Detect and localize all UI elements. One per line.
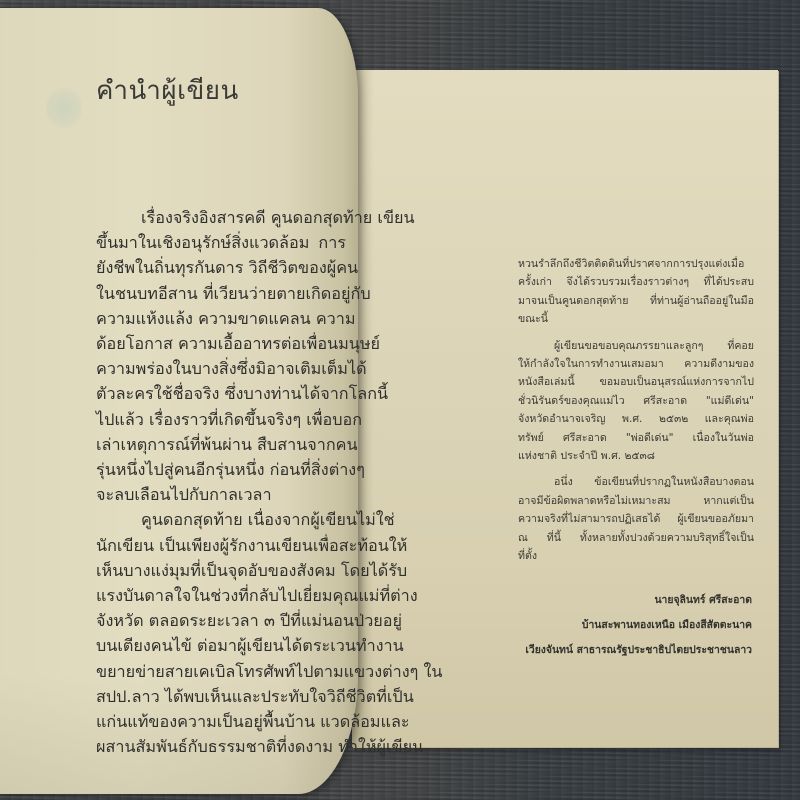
paragraph-1: เรื่องจริงอิงสารคดี คูนดอกสุดท้าย เขียน … <box>96 205 346 507</box>
text-line: รุ่นหนึ่งไปสู่คนอีกรุ่นหนึ่ง ก่อนที่สิ่ง… <box>96 457 346 482</box>
text-line: ความจริงที่ไม่สามารถปฏิเสธได้ ผู้เขียนขอ… <box>518 510 754 528</box>
text-line: ขึ้นมาในเชิงอนุรักษ์สิ่งแวดล้อม การ <box>96 230 346 255</box>
text-line: ความแห้งแล้ง ความขาดแคลน ความ <box>96 306 346 331</box>
page-stain <box>46 88 82 128</box>
text-line: ขยายข่ายสายเคเบิลโทรศัพท์ไปตามแขวงต่างๆ … <box>96 659 346 684</box>
text-line: ณ ที่นี้ ทั้งหลายทั้งปวงด้วยความบริสุทธิ… <box>518 529 754 547</box>
text-line: นักเขียน เป็นเพียงผู้รักงานเขียนเพื่อสะท… <box>96 533 346 558</box>
text-line: ความพร่องในบางสิ่งซึ่งมิอาจเติมเต็มได้ <box>96 356 346 381</box>
text-line: ยังชีพในถิ่นทุรกันดาร วิถีชีวิตของผู้คน <box>96 255 346 280</box>
author-address-line-1: บ้านสะพานทองเหนือ เมืองสีสัตตะนาค <box>525 613 752 638</box>
text-line: จังหวัด ตลอดระยะเวลา ๓ ปีที่แม่นอนป่วยอย… <box>96 608 346 633</box>
text-line: ขณะนี้ <box>518 310 754 328</box>
author-address-line-2: เวียงจันทน์ สาธารณรัฐประชาธิปไตยประชาชนล… <box>525 638 752 663</box>
text-line: คูนดอกสุดท้าย เนื่องจากผู้เขียนไม่ใช่ <box>96 507 346 532</box>
text-line: ทรัพย์ ศรีสะอาด "พ่อดีเด่น" เนื่องในวันพ… <box>518 429 754 447</box>
text-line: ชั่วนิรันดร์ของคุณแม่ไว ศรีสะอาด "แม่ดีเ… <box>518 392 754 410</box>
text-line: อนึ่ง ข้อเขียนที่ปรากฏในหนังสือบางตอน <box>518 473 754 491</box>
text-line: มาจนเป็นคูนดอกสุดท้าย ที่ท่านผู้อ่านถืออ… <box>518 292 754 310</box>
paragraph-2: ผู้เขียนขอขอบคุณภรรยาและลูกๆ ที่คอย ให้ก… <box>518 337 754 466</box>
text-line: แก่นแท้ของความเป็นอยู่พื้นบ้าน แวดล้อมแล… <box>96 709 346 734</box>
paragraph-2: คูนดอกสุดท้าย เนื่องจากผู้เขียนไม่ใช่ นั… <box>96 507 346 759</box>
author-signature: นายจุลินทร์ ศรีสะอาด บ้านสะพานทองเหนือ เ… <box>525 588 752 663</box>
text-line: เรื่องจริงอิงสารคดี คูนดอกสุดท้าย เขียน <box>96 205 346 230</box>
paragraph-1: หวนรำลึกถึงชีวิตติดดินที่ปราศจากการปรุงแ… <box>518 255 754 329</box>
text-line: ด้อยโอกาส ความเอื้ออาทรต่อเพื่อนมนุษย์ <box>96 331 346 356</box>
text-line: ผู้เขียนขอขอบคุณภรรยาและลูกๆ ที่คอย <box>518 337 754 355</box>
left-page-body: เรื่องจริงอิงสารคดี คูนดอกสุดท้าย เขียน … <box>96 205 346 759</box>
text-line: ไปแล้ว เรื่องราวที่เกิดขึ้นจริงๆ เพื่อบอ… <box>96 407 346 432</box>
author-name: นายจุลินทร์ ศรีสะอาด <box>525 588 752 613</box>
text-line: หนังสือเล่มนี้ ขอมอบเป็นอนุสรณ์แห่งการจา… <box>518 373 754 391</box>
text-line: เห็นบางแง่มุมที่เป็นจุดอับของสังคม โดยได… <box>96 558 346 583</box>
text-line: บนเตียงคนไข้ ต่อมาผู้เขียนได้ตระเวนทำงาน <box>96 633 346 658</box>
text-line: อาจมีข้อผิดพลาดหรือไม่เหมาะสม หากแต่เป็น <box>518 492 754 510</box>
text-line: สปป.ลาว ได้พบเห็นและประทับใจวิถีชีวิตที่… <box>96 684 346 709</box>
text-line: แรงบันดาลใจในช่วงที่กลับไปเยี่ยมคุณแม่ที… <box>96 583 346 608</box>
right-page-body: หวนรำลึกถึงชีวิตติดดินที่ปราศจากการปรุงแ… <box>518 255 754 574</box>
page-title: คำนำผู้เขียน <box>96 70 239 111</box>
text-line: ตัวละครใช้ชื่อจริง ซึ่งบางท่านได้จากโลกน… <box>96 381 346 406</box>
text-line: จังหวัดอำนาจเจริญ พ.ศ. ๒๕๓๒ และคุณพ่อ <box>518 410 754 428</box>
text-line: หวนรำลึกถึงชีวิตติดดินที่ปราศจากการปรุงแ… <box>518 255 754 273</box>
paragraph-3: อนึ่ง ข้อเขียนที่ปรากฏในหนังสือบางตอน อา… <box>518 473 754 565</box>
text-line: แห่งชาติ ประจำปี พ.ศ. ๒๕๓๘ <box>518 447 754 465</box>
text-line: ผสานสัมพันธ์กับธรรมชาติที่งดงาม ทำให้ผู้… <box>96 734 346 759</box>
text-line: ในชนบทอีสาน ที่เวียนว่ายตายเกิดอยู่กับ <box>96 281 346 306</box>
text-line: ให้กำลังใจในการทำงานเสมอมา ความดีงามของ <box>518 355 754 373</box>
text-line: เล่าเหตุการณ์ที่พ้นผ่าน สืบสานจากคน <box>96 432 346 457</box>
text-line: ครั้งเก่า จึงได้รวบรวมเรื่องราวต่างๆ ที่… <box>518 273 754 291</box>
text-line: ที่ตั้ง <box>518 547 754 565</box>
text-line: จะลบเลือนไปกับกาลเวลา <box>96 482 346 507</box>
